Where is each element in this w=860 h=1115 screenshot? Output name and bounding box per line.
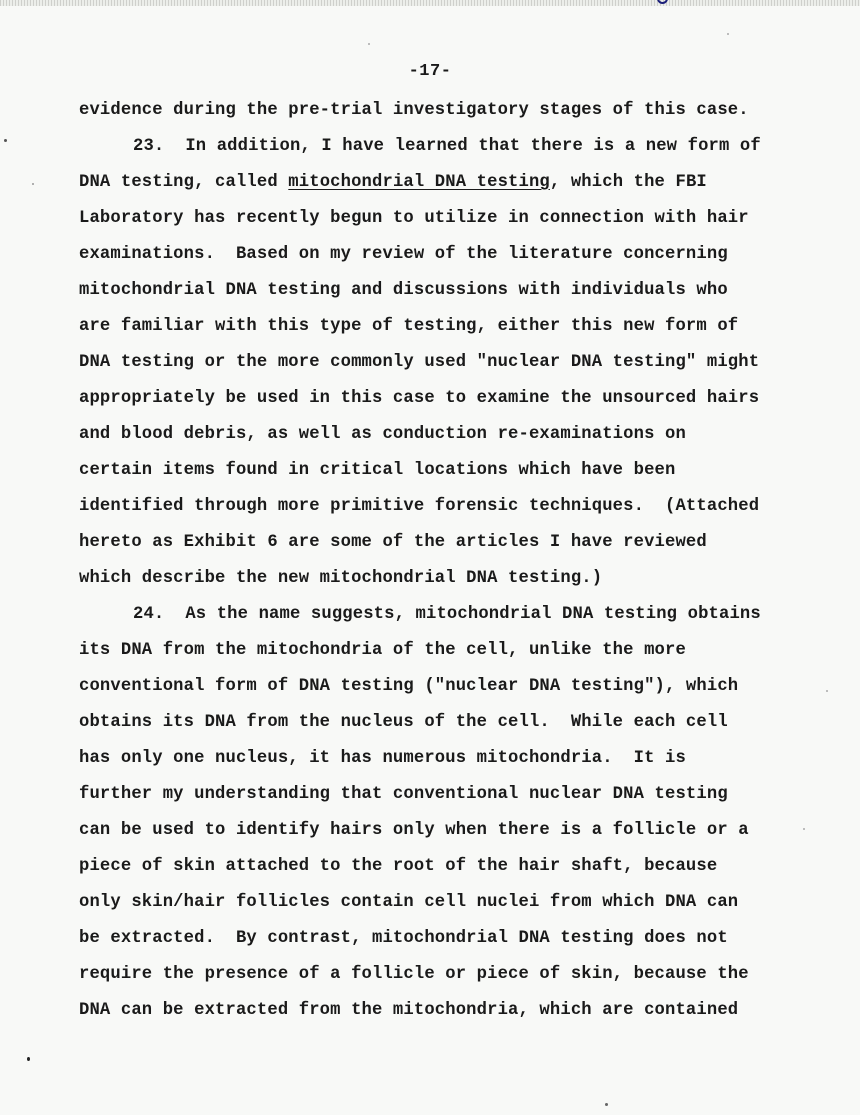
text-line: which describe the new mitochondrial DNA… <box>79 566 819 602</box>
scan-speck <box>368 43 370 45</box>
text-line: 24. As the name suggests, mitochondrial … <box>79 602 819 638</box>
scan-speck <box>803 828 805 830</box>
text-line: DNA testing or the more commonly used "n… <box>79 350 819 386</box>
text-line: can be used to identify hairs only when … <box>79 818 819 854</box>
text-line: piece of skin attached to the root of th… <box>79 854 819 890</box>
scan-speck <box>32 183 34 185</box>
text-segment: DNA testing, called <box>79 173 288 192</box>
scan-speck <box>4 139 7 142</box>
text-line: evidence during the pre-trial investigat… <box>79 98 819 134</box>
text-line: require the presence of a follicle or pi… <box>79 962 819 998</box>
text-line: its DNA from the mitochondria of the cel… <box>79 638 819 674</box>
underlined-term: mitochondrial DNA testing <box>288 173 550 192</box>
text-line: DNA can be extracted from the mitochondr… <box>79 998 819 1034</box>
text-line: and blood debris, as well as conduction … <box>79 422 819 458</box>
text-line: has only one nucleus, it has numerous mi… <box>79 746 819 782</box>
page-number: -17- <box>0 62 860 81</box>
text-line: only skin/hair follicles contain cell nu… <box>79 890 819 926</box>
text-line: appropriately be used in this case to ex… <box>79 386 819 422</box>
text-line: examinations. Based on my review of the … <box>79 242 819 278</box>
text-line: further my understanding that convention… <box>79 782 819 818</box>
text-line: Laboratory has recently begun to utilize… <box>79 206 819 242</box>
text-line: DNA testing, called mitochondrial DNA te… <box>79 170 819 206</box>
text-line: be extracted. By contrast, mitochondrial… <box>79 926 819 962</box>
text-line: mitochondrial DNA testing and discussion… <box>79 278 819 314</box>
scan-speck <box>727 33 729 35</box>
text-line: obtains its DNA from the nucleus of the … <box>79 710 819 746</box>
text-line: identified through more primitive forens… <box>79 494 819 530</box>
text-line: conventional form of DNA testing ("nucle… <box>79 674 819 710</box>
scan-speck <box>27 1057 30 1061</box>
text-segment: , which the FBI <box>550 173 707 192</box>
text-line: are familiar with this type of testing, … <box>79 314 819 350</box>
scan-speck <box>605 1103 608 1106</box>
text-line: 23. In addition, I have learned that the… <box>79 134 819 170</box>
scan-edge-band <box>0 0 860 6</box>
text-line: hereto as Exhibit 6 are some of the arti… <box>79 530 819 566</box>
text-line: certain items found in critical location… <box>79 458 819 494</box>
document-body: evidence during the pre-trial investigat… <box>79 98 819 1034</box>
scan-speck <box>826 690 828 692</box>
